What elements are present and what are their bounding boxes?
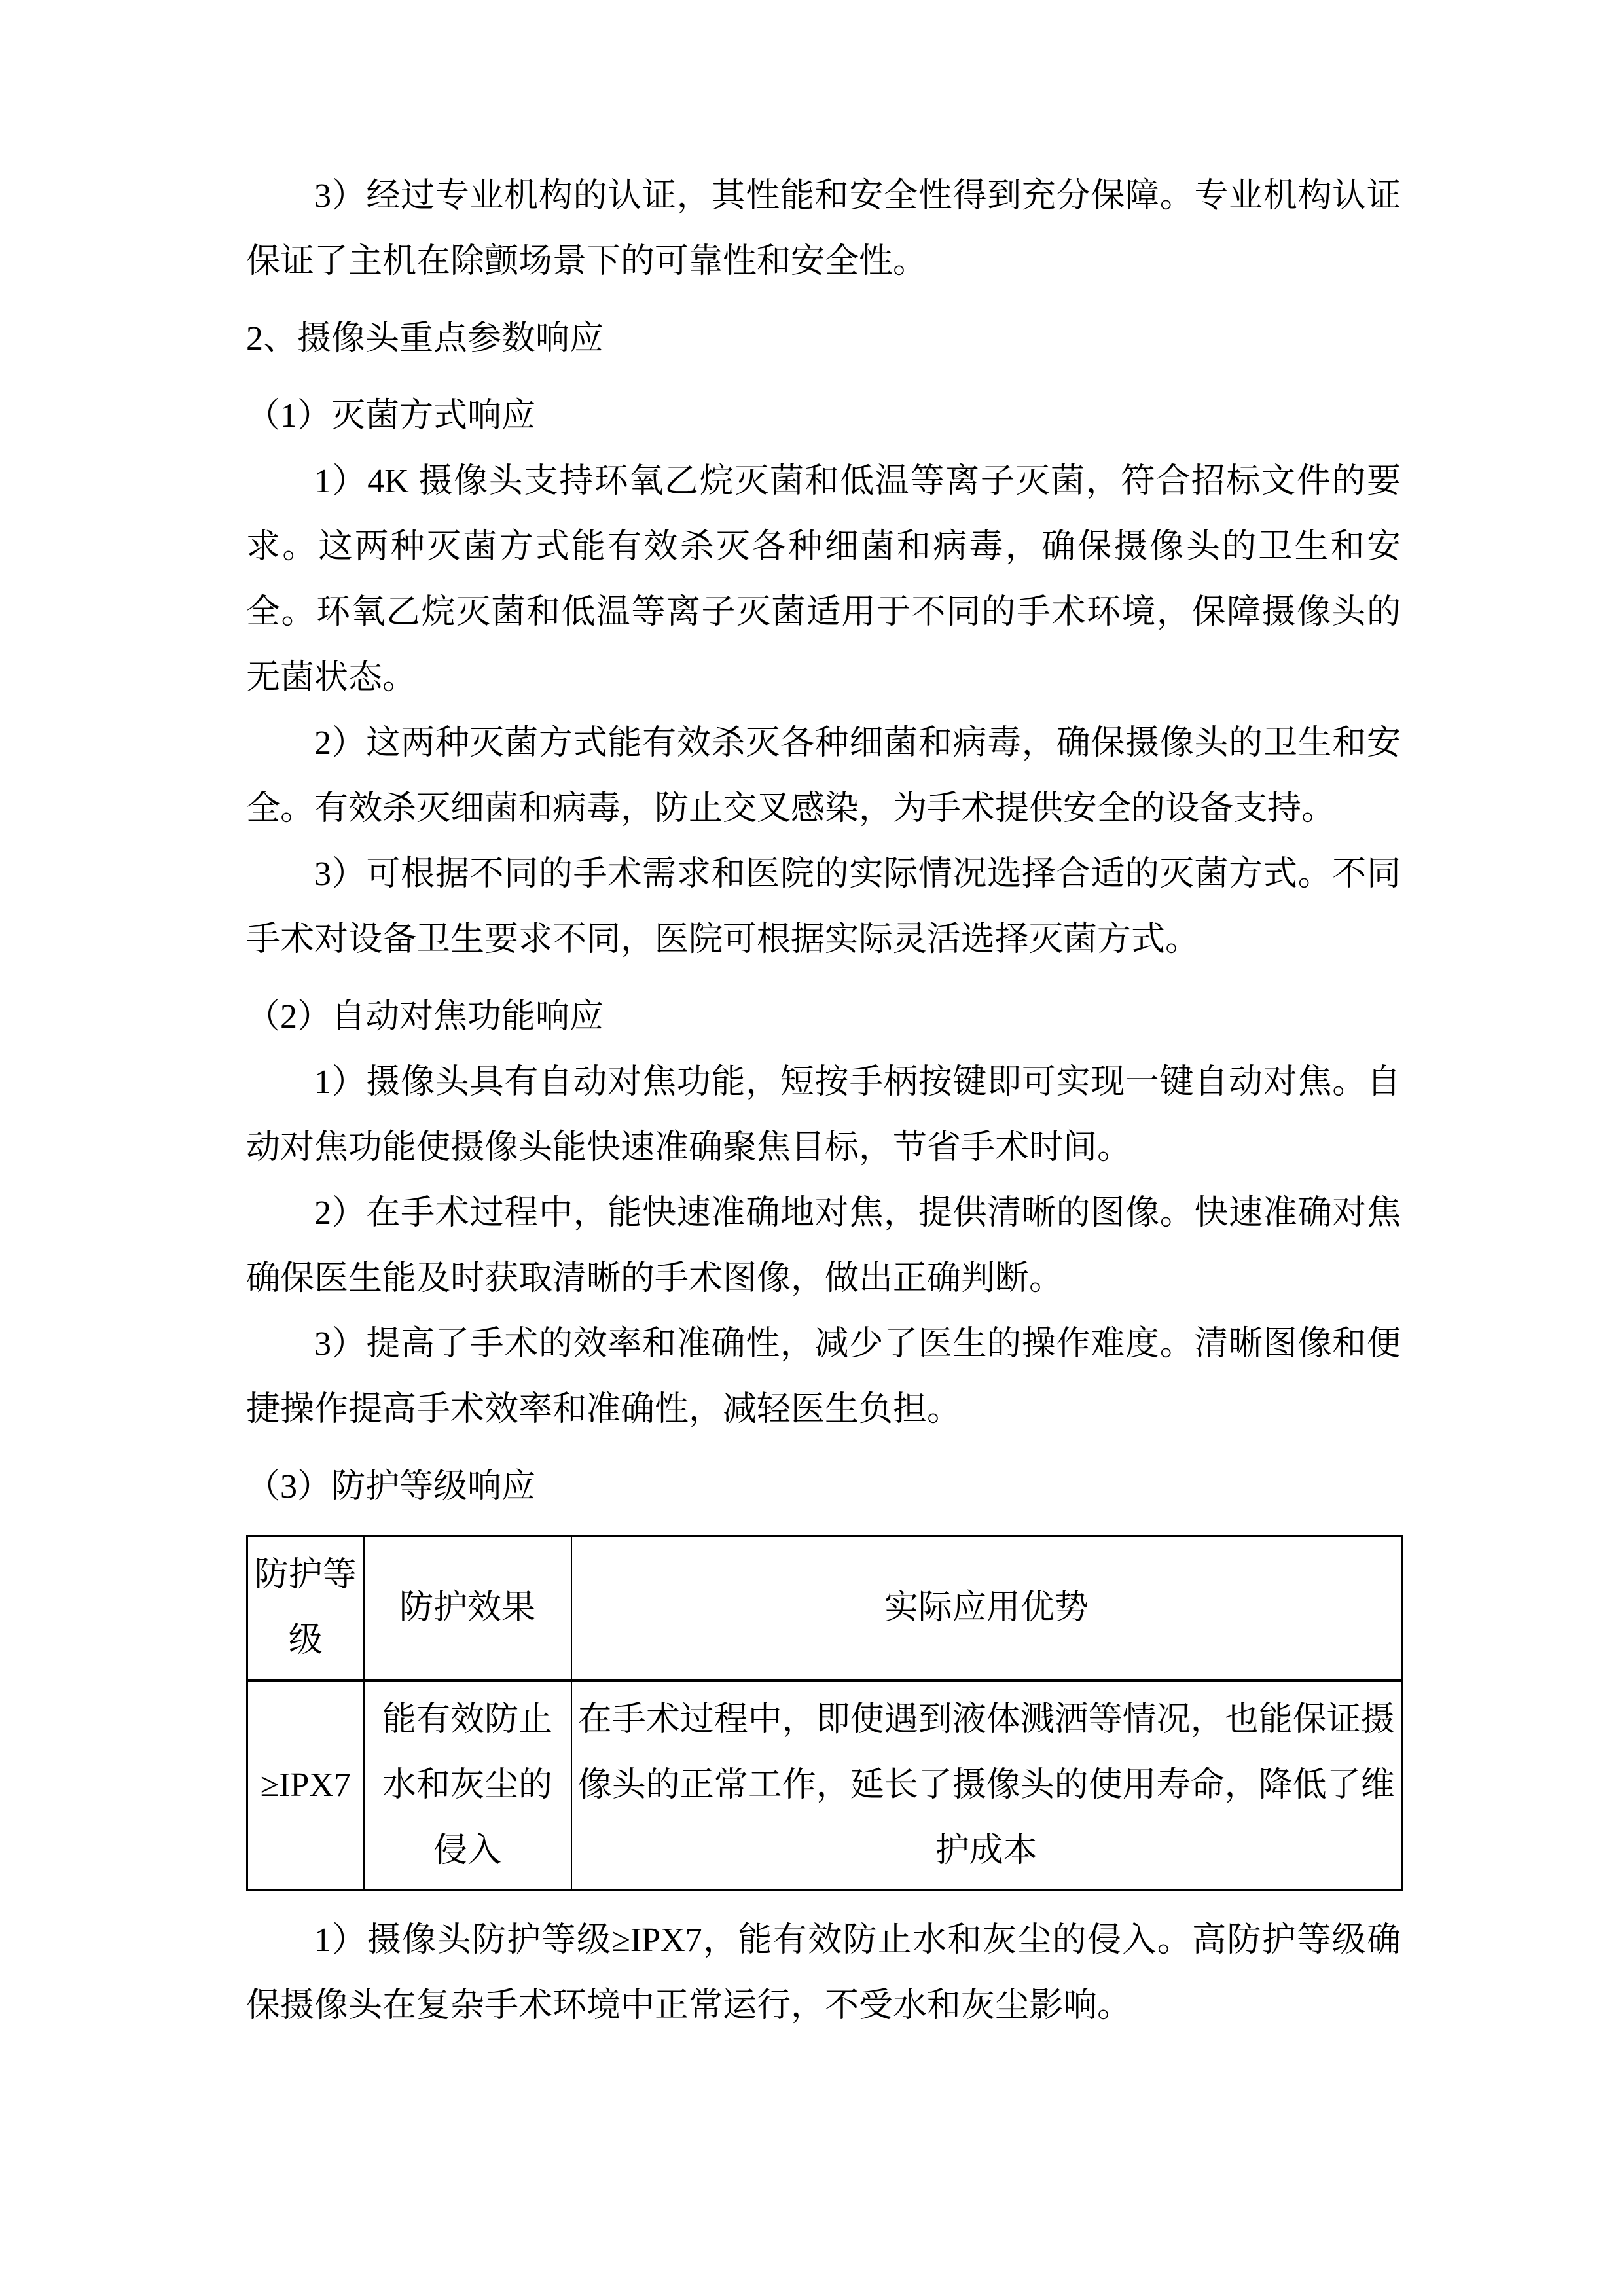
table-cell-practical-advantage: 在手术过程中，即使遇到液体溅洒等情况，也能保证摄像头的正常工作，延长了摄像头的使… [571, 1681, 1402, 1890]
paragraph-autofocus-3: 3）提高了手术的效率和准确性，减少了医生的操作难度。清晰图像和便捷操作提高手术效… [246, 1312, 1401, 1443]
paragraph-autofocus-2: 2）在手术过程中，能快速准确地对焦，提供清晰的图像。快速准确对焦确保医生能及时获… [246, 1181, 1401, 1312]
subsection-heading-sterilization: （1）灭菌方式响应 [246, 384, 1401, 449]
table-cell-protection-level: ≥IPX7 [247, 1681, 364, 1890]
section-heading-camera-params: 2、摄像头重点参数响应 [246, 306, 1401, 372]
paragraph-certification: 3）经过专业机构的认证，其性能和安全性得到充分保障。专业机构认证保证了主机在除颤… [246, 164, 1401, 295]
table-header-practical-advantage: 实际应用优势 [571, 1537, 1402, 1681]
paragraph-protection-summary: 1）摄像头防护等级≥IPX7，能有效防止水和灰尘的侵入。高防护等级确保摄像头在复… [246, 1908, 1401, 2039]
document-page: 3）经过专业机构的认证，其性能和安全性得到充分保障。专业机构认证保证了主机在除颤… [0, 0, 1624, 2296]
paragraph-sterilization-3: 3）可根据不同的手术需求和医院的实际情况选择合适的灭菌方式。不同手术对设备卫生要… [246, 842, 1401, 973]
subsection-heading-autofocus: （2）自动对焦功能响应 [246, 984, 1401, 1050]
table-cell-protection-effect: 能有效防止水和灰尘的侵入 [364, 1681, 571, 1890]
table-header-row: 防护等级 防护效果 实际应用优势 [247, 1537, 1402, 1681]
paragraph-sterilization-1: 1）4K 摄像头支持环氧乙烷灭菌和低温等离子灭菌，符合招标文件的要求。这两种灭菌… [246, 449, 1401, 711]
paragraph-autofocus-1: 1）摄像头具有自动对焦功能，短按手柄按键即可实现一键自动对焦。自动对焦功能使摄像… [246, 1050, 1401, 1181]
paragraph-sterilization-2: 2）这两种灭菌方式能有效杀灭各种细菌和病毒，确保摄像头的卫生和安全。有效杀灭细菌… [246, 711, 1401, 842]
table-header-protection-level: 防护等级 [247, 1537, 364, 1681]
protection-rating-table: 防护等级 防护效果 实际应用优势 ≥IPX7 能有效防止水和灰尘的侵入 在手术过… [246, 1535, 1403, 1891]
subsection-heading-protection-rating: （3）防护等级响应 [246, 1454, 1401, 1520]
table-header-protection-effect: 防护效果 [364, 1537, 571, 1681]
table-row: ≥IPX7 能有效防止水和灰尘的侵入 在手术过程中，即使遇到液体溅洒等情况，也能… [247, 1681, 1402, 1890]
